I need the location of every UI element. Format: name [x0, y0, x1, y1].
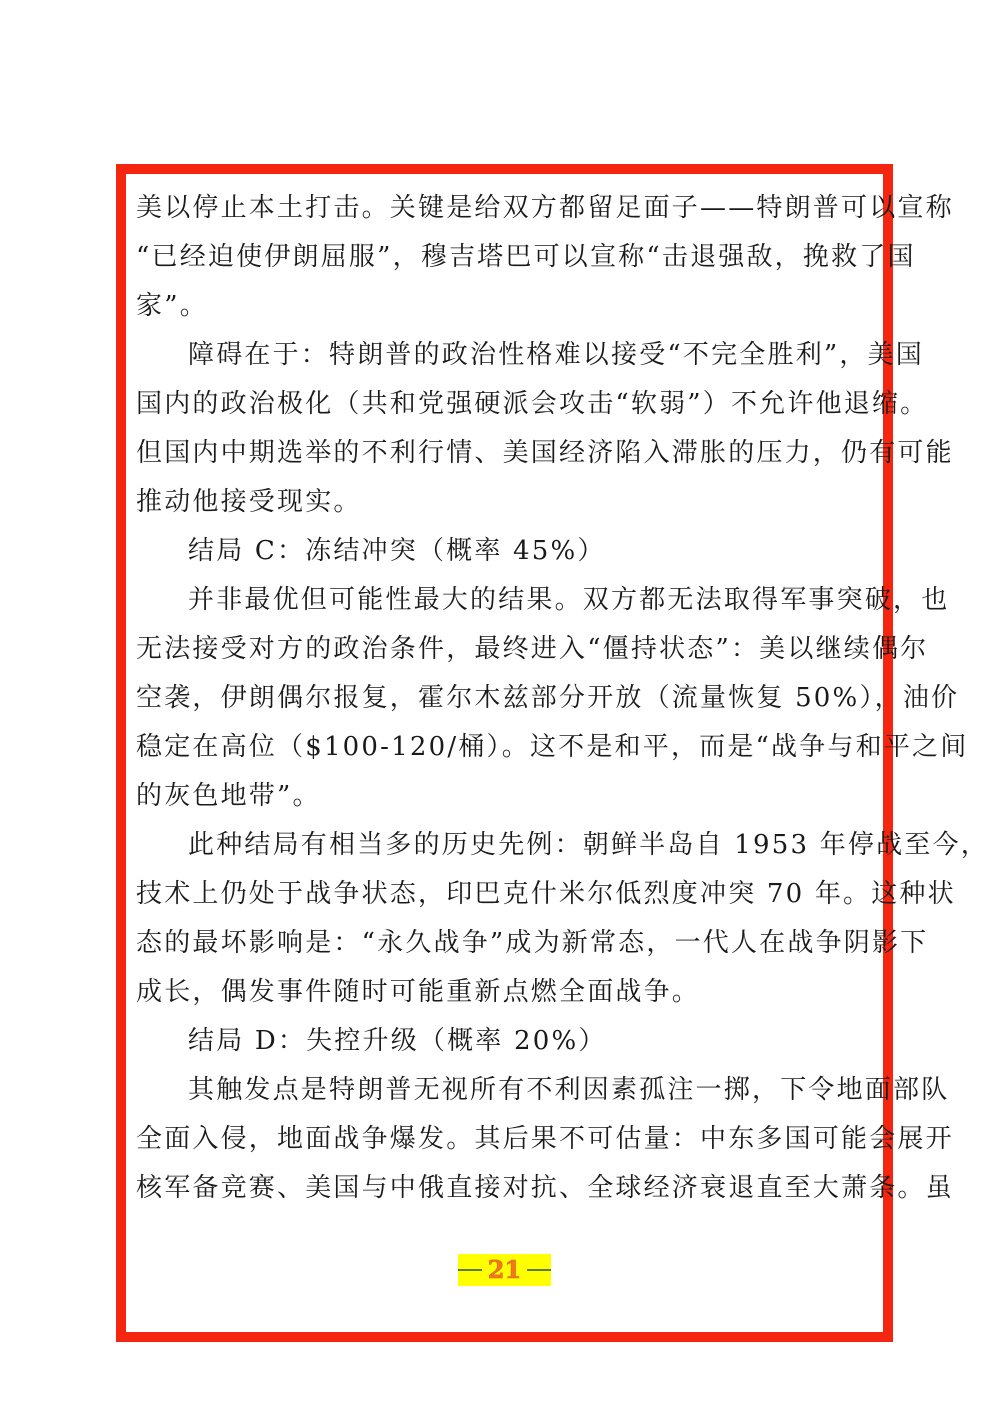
text-line: 障碍在于：特朗普的政治性格难以接受“不完全胜利”，美国: [136, 331, 864, 380]
text-line: 但国内中期选举的不利行情、美国经济陷入滞胀的压力，仍有可能: [136, 429, 864, 478]
text-line: 核军备竞赛、美国与中俄直接对抗、全球经济衰退直至大萧条。虽: [136, 1164, 864, 1213]
text-line: 无法接受对方的政治条件，最终进入“僵持状态”：美以继续偶尔: [136, 625, 864, 674]
text-line: 的灰色地带”。: [136, 772, 864, 821]
page-number-badge: 21: [458, 1254, 551, 1286]
text-line: 家”。: [136, 282, 864, 331]
text-line: 此种结局有相当多的历史先例：朝鲜半岛自 1953 年停战至今，: [136, 821, 864, 870]
paragraph-historical-precedents: 此种结局有相当多的历史先例：朝鲜半岛自 1953 年停战至今， 技术上仍处于战争…: [136, 821, 864, 1017]
paragraph-continuation: 美以停止本土打击。关键是给双方都留足面子——特朗普可以宣称 “已经迫使伊朗屈服”…: [136, 184, 864, 331]
text-line: 稳定在高位（$100-120/桶）。这不是和平，而是“战争与和平之间: [136, 723, 864, 772]
page-number: 21: [488, 1254, 521, 1286]
document-body: 美以停止本土打击。关键是给双方都留足面子——特朗普可以宣称 “已经迫使伊朗屈服”…: [136, 184, 864, 1213]
text-line: 美以停止本土打击。关键是给双方都留足面子——特朗普可以宣称: [136, 184, 864, 233]
text-line: 技术上仍处于战争状态，印巴克什米尔低烈度冲突 70 年。这种状: [136, 870, 864, 919]
text-line: 国内的政治极化（共和党强硬派会攻击“软弱”）不允许他退缩。: [136, 380, 864, 429]
heading-text: 结局 D：失控升级（概率 20%）: [136, 1017, 864, 1066]
paragraph-escalation: 其触发点是特朗普无视所有不利因素孤注一掷，下令地面部队 全面入侵，地面战争爆发。…: [136, 1066, 864, 1213]
dash-right-decoration: [527, 1269, 551, 1271]
section-heading-outcome-c: 结局 C：冻结冲突（概率 45%）: [136, 527, 864, 576]
dash-left-decoration: [458, 1269, 482, 1271]
text-line: “已经迫使伊朗屈服”，穆吉塔巴可以宣称“击退强敌，挽救了国: [136, 233, 864, 282]
text-line: 推动他接受现实。: [136, 478, 864, 527]
text-line: 并非最优但可能性最大的结果。双方都无法取得军事突破，也: [136, 576, 864, 625]
text-line: 成长，偶发事件随时可能重新点燃全面战争。: [136, 968, 864, 1017]
paragraph-obstacles: 障碍在于：特朗普的政治性格难以接受“不完全胜利”，美国 国内的政治极化（共和党强…: [136, 331, 864, 527]
heading-text: 结局 C：冻结冲突（概率 45%）: [136, 527, 864, 576]
text-line: 其触发点是特朗普无视所有不利因素孤注一掷，下令地面部队: [136, 1066, 864, 1115]
text-line: 空袭，伊朗偶尔报复，霍尔木兹部分开放（流量恢复 50%），油价: [136, 674, 864, 723]
paragraph-frozen-conflict: 并非最优但可能性最大的结果。双方都无法取得军事突破，也 无法接受对方的政治条件，…: [136, 576, 864, 821]
text-line: 全面入侵，地面战争爆发。其后果不可估量：中东多国可能会展开: [136, 1115, 864, 1164]
text-line: 态的最坏影响是：“永久战争”成为新常态，一代人在战争阴影下: [136, 919, 864, 968]
section-heading-outcome-d: 结局 D：失控升级（概率 20%）: [136, 1017, 864, 1066]
